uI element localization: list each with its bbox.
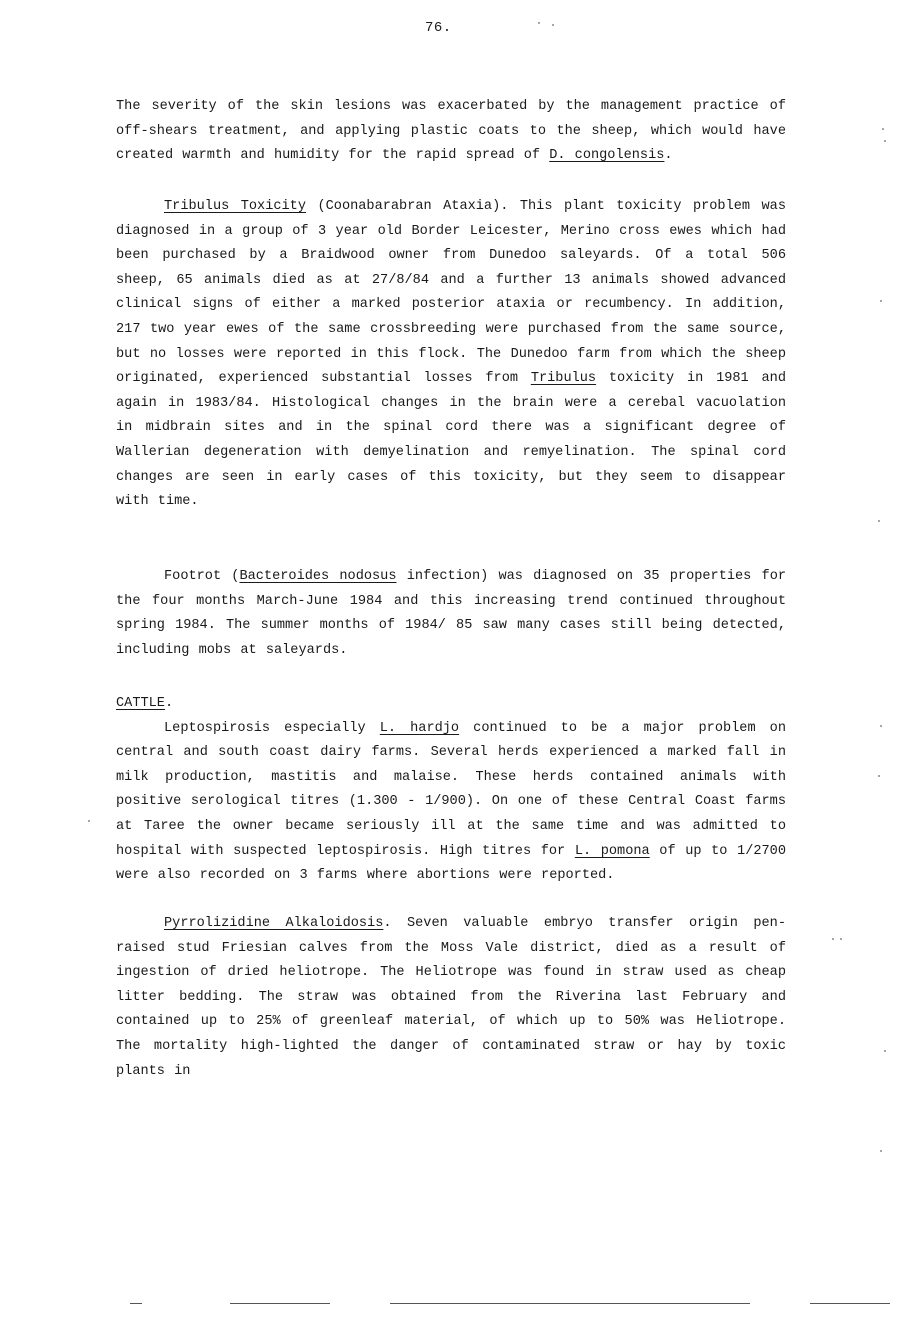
- paragraph-tribulus-toxicity: Tribulus Toxicity (Coonabarabran Ataxia)…: [116, 195, 786, 515]
- scan-speck: [878, 775, 880, 777]
- scan-speck: [880, 300, 882, 302]
- scan-speck: [880, 1150, 882, 1152]
- paragraph-text: Tribulus Toxicity (Coonabarabran Ataxia)…: [116, 195, 786, 515]
- section-heading: CATTLE.: [116, 692, 786, 717]
- paragraph-footrot: Footrot (Bacteroides nodosus infection) …: [116, 565, 786, 663]
- scan-speck: [884, 1050, 886, 1052]
- scan-speck: [878, 520, 880, 522]
- paragraph-skin-lesions: The severity of the skin lesions was exa…: [116, 95, 786, 169]
- topic-heading: Tribulus Toxicity: [164, 199, 306, 214]
- text-segment: continued to be a major problem on centr…: [116, 721, 786, 859]
- text-segment: toxicity in 1981 and again in 1983/84. H…: [116, 371, 786, 509]
- species-term: D. congolensis: [549, 148, 664, 163]
- text-segment: .: [165, 696, 173, 711]
- scan-speck: [538, 22, 540, 24]
- footer-rule: [90, 1303, 890, 1305]
- scan-speck: [884, 140, 886, 142]
- text-segment: . Seven valuable embryo transfer origin …: [116, 916, 786, 1079]
- text-segment: The severity of the skin lesions was exa…: [116, 99, 786, 163]
- species-term: Tribulus: [531, 371, 596, 386]
- page-number: 76.: [425, 20, 452, 36]
- paragraph-pyrrolizidine: Pyrrolizidine Alkaloidosis. Seven valuab…: [116, 912, 786, 1084]
- paragraph-text: The severity of the skin lesions was exa…: [116, 95, 786, 169]
- text-segment: Footrot (: [164, 569, 239, 584]
- species-term: L. pomona: [575, 844, 650, 859]
- text-segment: Leptospirosis especially: [164, 721, 380, 736]
- section-cattle: CATTLE. Leptospirosis especially L. hard…: [116, 692, 786, 889]
- paragraph-text: Pyrrolizidine Alkaloidosis. Seven valuab…: [116, 912, 786, 1084]
- paragraph-leptospirosis: Leptospirosis especially L. hardjo conti…: [116, 717, 786, 889]
- scan-speck: [880, 725, 882, 727]
- species-term: Bacteroides nodosus: [239, 569, 396, 584]
- scan-speck: [882, 128, 884, 130]
- scan-speck: [552, 24, 554, 26]
- topic-heading: Pyrrolizidine Alkaloidosis: [164, 916, 383, 931]
- species-term: L. hardjo: [380, 721, 459, 736]
- text-segment: .: [664, 148, 672, 163]
- scan-speck: [88, 820, 90, 822]
- scan-speck: [832, 938, 834, 940]
- paragraph-text: Footrot (Bacteroides nodosus infection) …: [116, 565, 786, 663]
- section-heading-text: CATTLE: [116, 696, 165, 711]
- scan-speck: [840, 938, 842, 940]
- text-segment: (Coonabarabran Ataxia). This plant toxic…: [116, 199, 786, 386]
